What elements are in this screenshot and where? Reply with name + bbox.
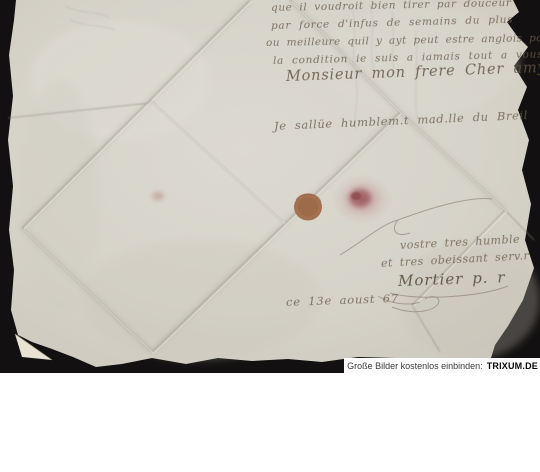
wax-seal [294, 194, 322, 221]
page-whitespace [0, 373, 540, 472]
watermark-bar: Große Bilder kostenlos einbinden: TRIXUM… [344, 358, 540, 373]
seal-stain [332, 175, 392, 225]
screenshot: que il voudroit bien tirer par douceur p… [0, 0, 540, 472]
rust-spot [152, 192, 164, 201]
letter-photo: que il voudroit bien tirer par douceur p… [0, 0, 540, 373]
watermark-brand: TRIXUM.DE [487, 361, 538, 371]
watermark-label: Große Bilder kostenlos einbinden: [347, 361, 483, 371]
signature: Mortier p. r [398, 268, 506, 290]
